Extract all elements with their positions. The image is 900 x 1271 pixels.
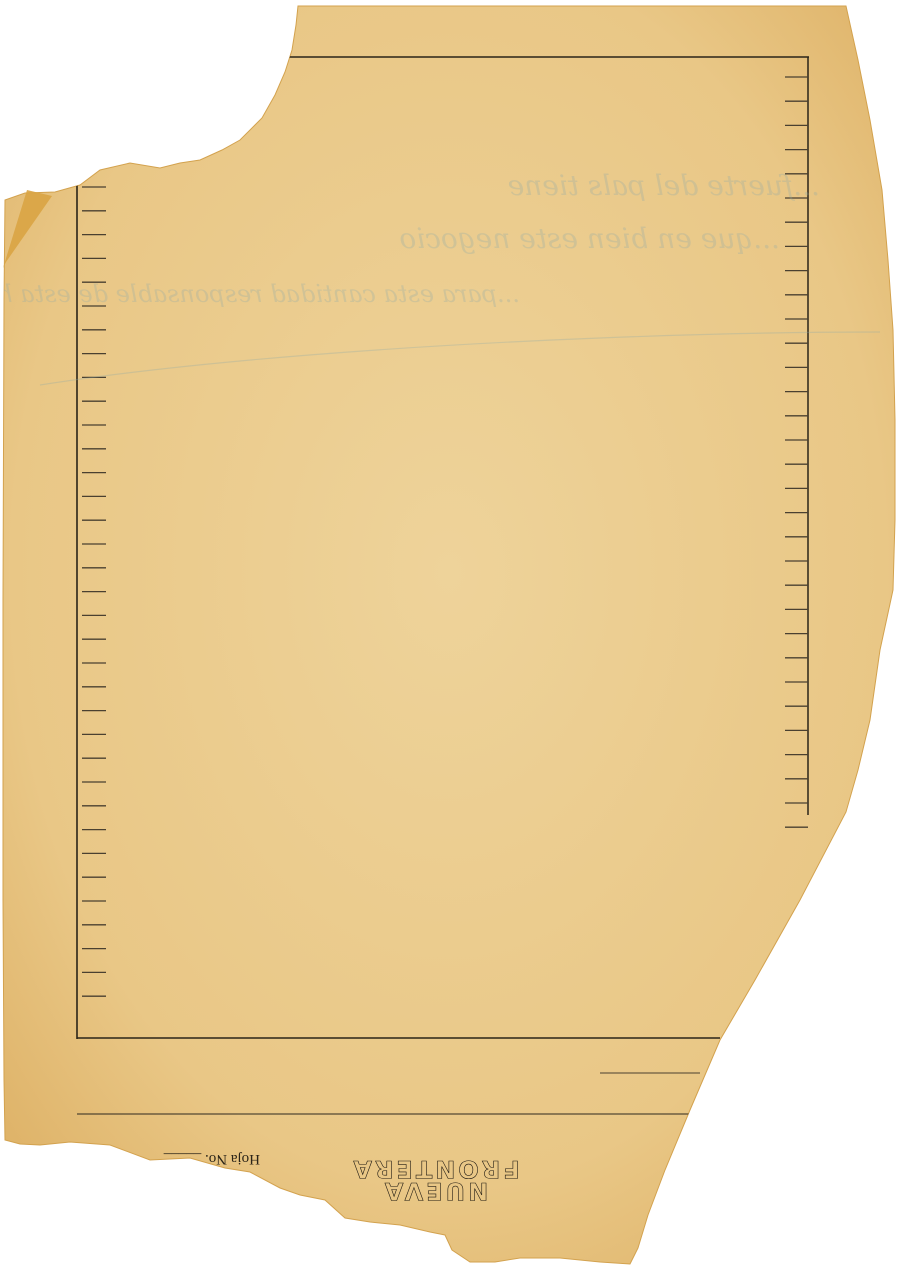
sheet-number-label: Hoja No. _____	[140, 1150, 260, 1167]
paper-sheet: ...fuerte del pals tiene...que en bien e…	[0, 0, 900, 1271]
svg-text:...para esta cantidad responsa: ...para esta cantidad responsable de est…	[0, 280, 520, 308]
svg-text:...fuerte del pals tiene: ...fuerte del pals tiene	[508, 169, 820, 202]
sheet-label-text: Hoja No.	[205, 1151, 260, 1167]
scanned-document: ...fuerte del pals tiene...que en bien e…	[0, 0, 900, 1271]
svg-text:...que en bien este negocio: ...que en bien este negocio	[399, 222, 780, 255]
brand-line-frontera: FRONTERA	[335, 1158, 535, 1180]
brand-logo: NUEVA FRONTERA	[335, 1158, 535, 1202]
sheet-number-blank: _____	[164, 1151, 202, 1167]
brand-line-nueva: NUEVA	[335, 1180, 535, 1202]
